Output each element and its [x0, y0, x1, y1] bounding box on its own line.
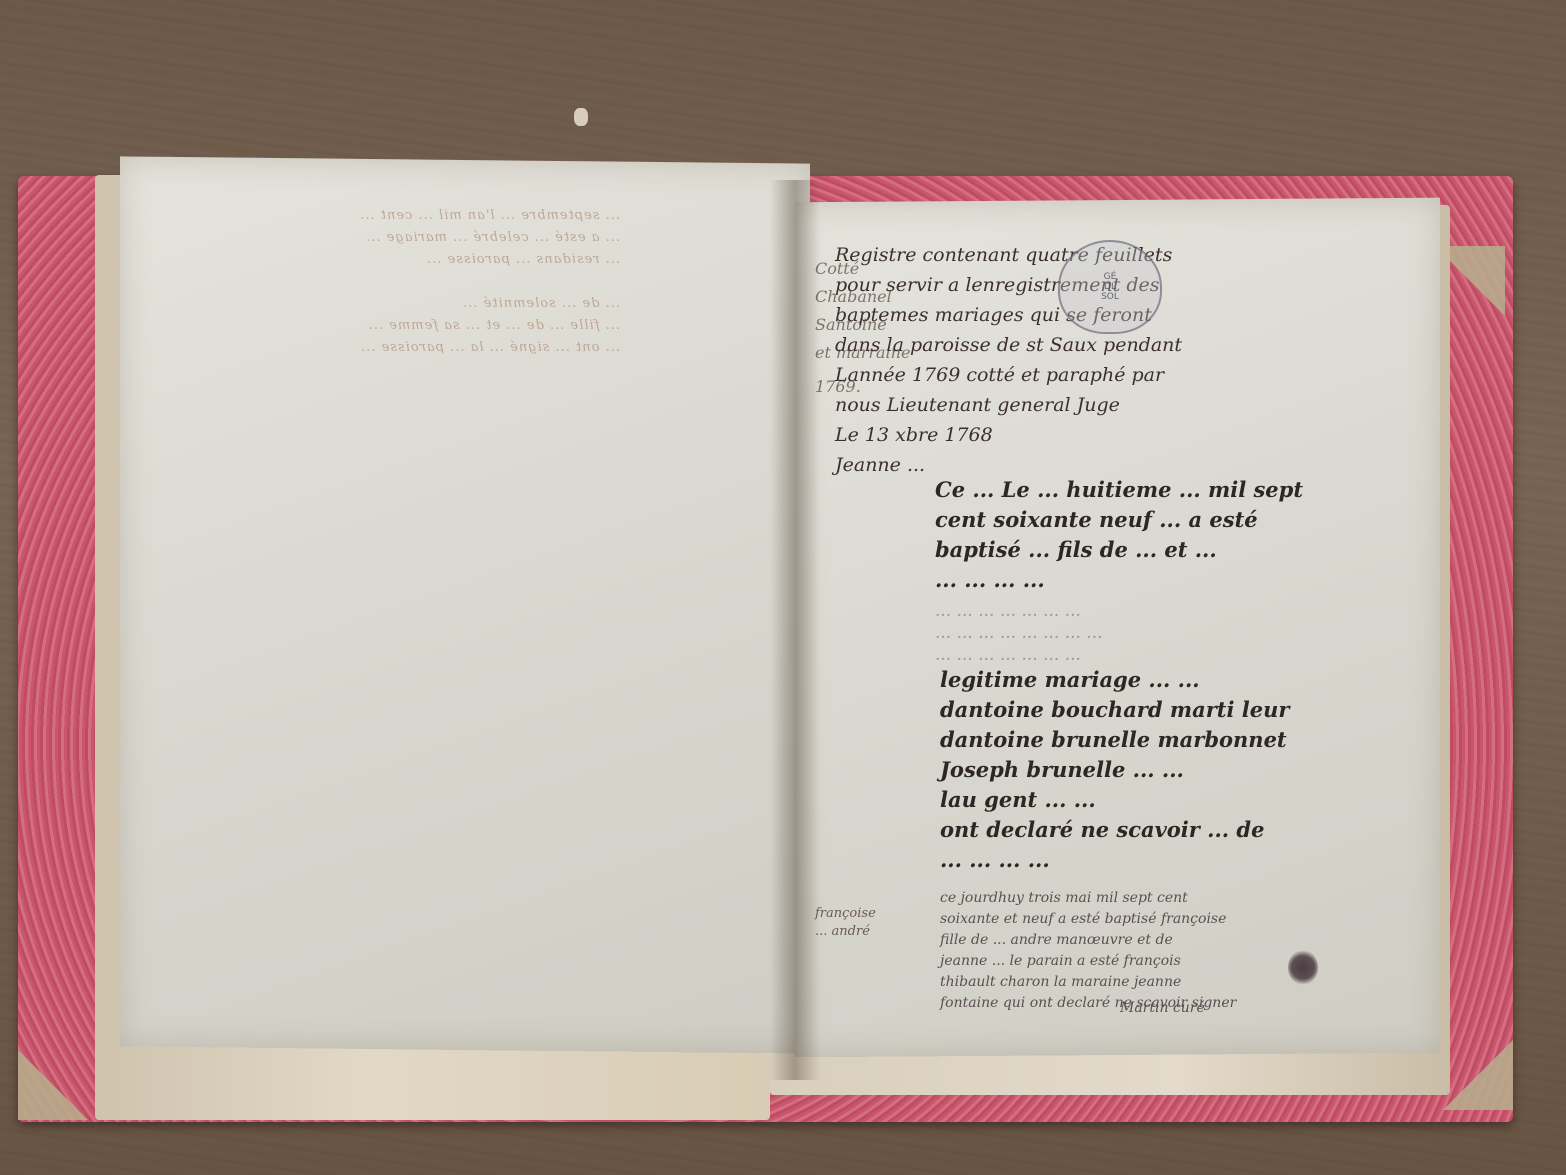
heading-line: Le 13 xbre 1768: [835, 420, 1182, 450]
entry-line: fille de ... andre manœuvre et de: [940, 930, 1236, 951]
heading-line: nous Lieutenant general Juge: [835, 390, 1182, 420]
margin-line: françoise: [815, 905, 876, 923]
entry-line: jeanne ... le parain a esté françois: [940, 951, 1236, 972]
entry-line: baptisé ... fils de ... et ...: [935, 535, 1303, 565]
heading-line: Lannée 1769 cotté et paraphé par: [835, 360, 1182, 390]
bleed-line: ... ont ... signé ... la ... paroisse ..…: [200, 337, 620, 359]
margin-line: ... andré: [815, 923, 876, 941]
entry-line: legitime mariage ... ...: [940, 665, 1289, 695]
entry-line: soixante et neuf a esté baptisé françois…: [940, 909, 1236, 930]
entry-line: Ce ... Le ... huitieme ... mil sept: [935, 475, 1303, 505]
bleed-line: ... de ... solemnité ...: [200, 293, 620, 315]
entry-line: ... ... ... ... ... ... ...: [935, 600, 1103, 622]
entry-line: cent soixante neuf ... a esté: [935, 505, 1303, 535]
left-page-bleed-through: ... septembre ... l'an mil ... cent ... …: [200, 205, 620, 359]
ink-blot: [1288, 950, 1318, 985]
book-gutter: [770, 180, 820, 1080]
stamp-text: SOL: [1101, 292, 1119, 302]
entry-line: ... ... ... ...: [935, 565, 1303, 595]
baptism-margin-note: françoise ... andré: [815, 905, 876, 941]
entry-line: thibault charon la maraine jeanne: [940, 972, 1236, 993]
tax-stamp: GÉ DL SOL: [1058, 240, 1162, 334]
entry-line: ... ... ... ... ... ... ...: [935, 644, 1103, 666]
entry-line: Joseph brunelle ... ...: [940, 755, 1289, 785]
marriage-entry: legitime mariage ... ... dantoine boucha…: [940, 665, 1289, 875]
entry-line: ce jourdhuy trois mai mil sept cent: [940, 888, 1236, 909]
bleed-line: ... a esté ... celebré ... mariage ...: [200, 227, 620, 249]
table-debris: [574, 108, 588, 126]
entry-line: lau gent ... ...: [940, 785, 1289, 815]
faded-entry-text: ... ... ... ... ... ... ... ... ... ... …: [935, 600, 1103, 666]
entry-line: dantoine bouchard marti leur: [940, 695, 1289, 725]
entry-line: dantoine brunelle marbonnet: [940, 725, 1289, 755]
bleed-line: ... fille ... de ... et ... sa femme ...: [200, 315, 620, 337]
heading-line: dans la paroisse de st Saux pendant: [835, 330, 1182, 360]
stamp-text: GÉ: [1104, 272, 1117, 282]
bleed-line: ... residans ... paroisse ...: [200, 249, 620, 271]
bleed-line: ... septembre ... l'an mil ... cent ...: [200, 205, 620, 227]
entry-line: ont declaré ne scavoir ... de: [940, 815, 1289, 845]
baptism-entry-1: Ce ... Le ... huitieme ... mil sept cent…: [935, 475, 1303, 595]
entry-line: ... ... ... ...: [940, 845, 1289, 875]
priest-signature: Martin curé: [1120, 1000, 1205, 1016]
entry-line: ... ... ... ... ... ... ... ...: [935, 622, 1103, 644]
bleed-line: [200, 271, 620, 293]
stamp-text: DL: [1104, 282, 1116, 292]
baptism-entry-2: ce jourdhuy trois mai mil sept cent soix…: [940, 888, 1236, 1014]
